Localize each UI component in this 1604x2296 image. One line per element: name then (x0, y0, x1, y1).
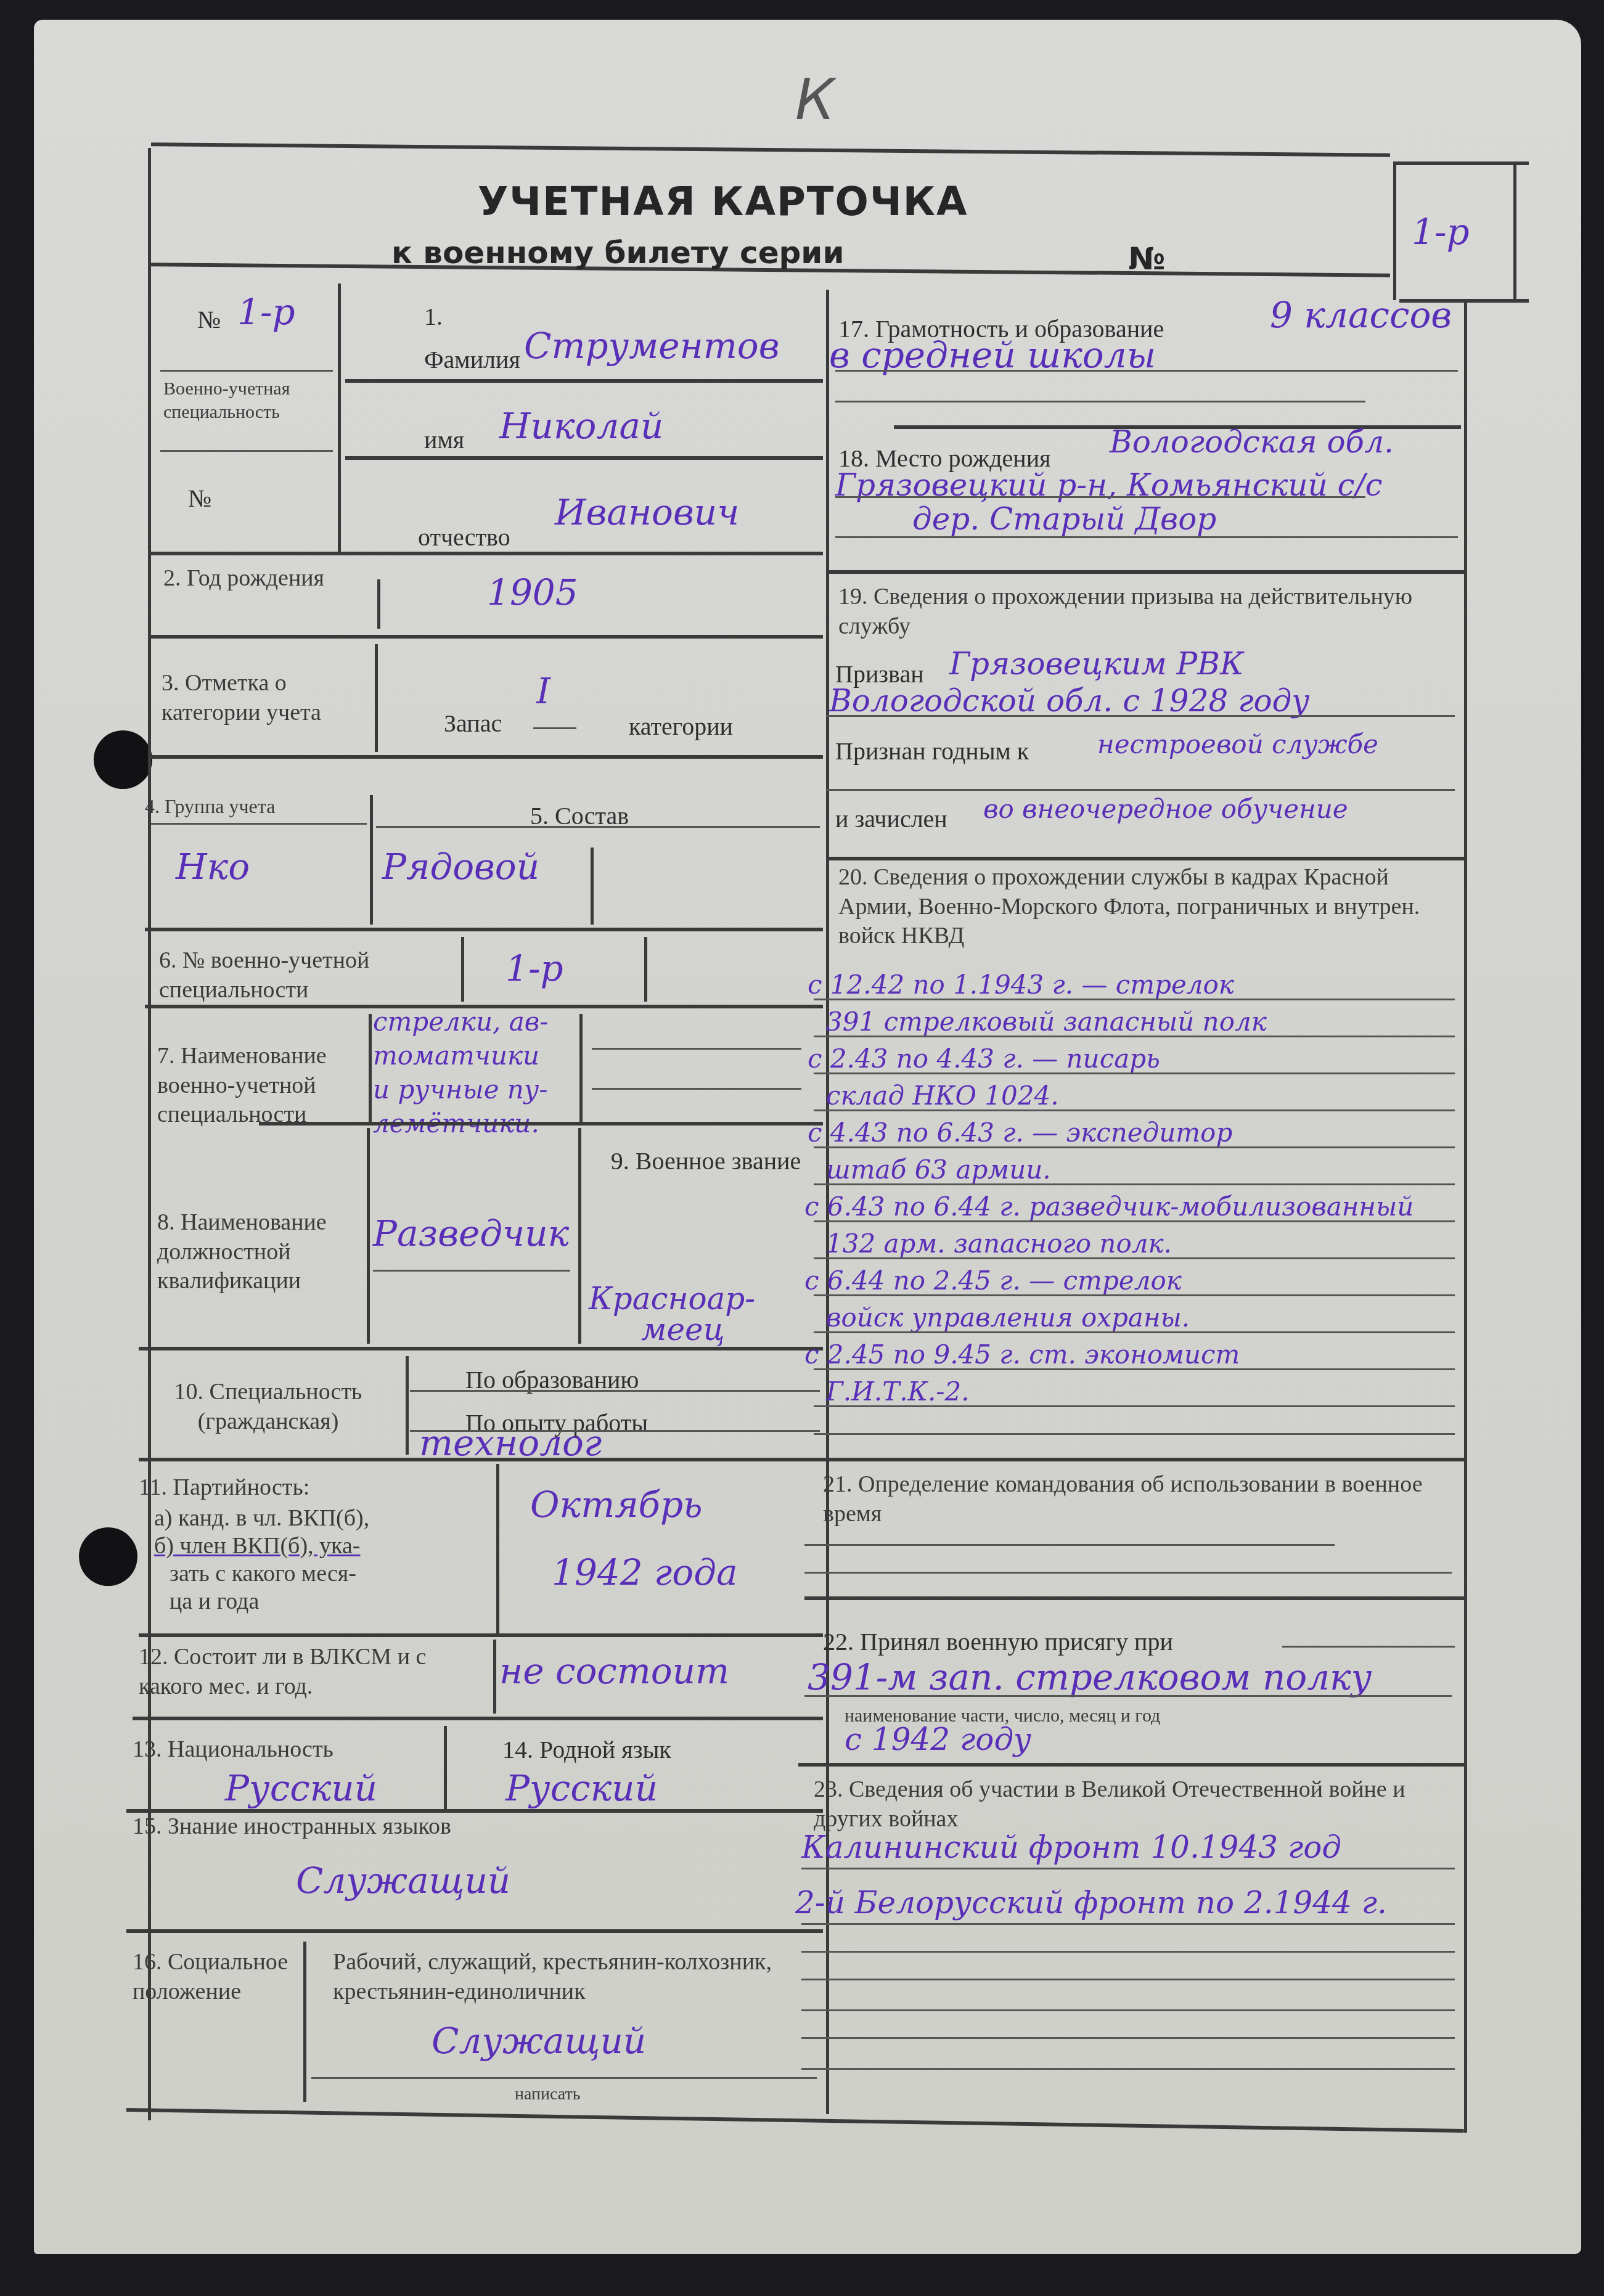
called-line-2: Вологодской обл. с 1928 году (829, 684, 1309, 718)
card-number: 1-р (1412, 213, 1470, 252)
service-line: войск управления охраны. (826, 1304, 1190, 1332)
vus-number-label: 6. № военно-учетной специальности (159, 946, 455, 1005)
party-d: ца и года (170, 1587, 259, 1617)
service-line: с 2.45 по 9.45 г. ст. экономист (804, 1341, 1240, 1369)
native-language-value: Русский (505, 1769, 658, 1808)
service-line: с 6.44 по 2.45 г. — стрелок (804, 1267, 1182, 1295)
birthplace-line-1: Вологодская обл. (1110, 425, 1394, 459)
party-a: а) канд. в чл. ВКП(б), (154, 1504, 369, 1534)
service-line: с 6.43 по 6.44 г. разведчик-мобилизованн… (804, 1193, 1414, 1221)
rank-line-1: Красноар- (589, 1282, 755, 1316)
native-language-label: 14. Родной язык (502, 1735, 671, 1765)
card-title: УЧЕТНАЯ КАРТОЧКА (478, 179, 968, 226)
vus-no-value: 1-р (237, 293, 295, 332)
surname-label: Фамилия (424, 345, 520, 375)
no2-label: № (188, 484, 211, 513)
komsomol-label: 12. Состоит ли в ВЛКСМ и с какого мес. и… (139, 1643, 493, 1701)
card-subtitle: к военному билету серии (391, 234, 844, 271)
group-label: 4. Группа учета (145, 794, 275, 819)
vus-no-label: № (197, 305, 221, 335)
party-label: 11. Партийность: (139, 1473, 309, 1503)
service-line: склад НКО 1024. (826, 1082, 1059, 1110)
education-line-1: 9 классов (1270, 296, 1452, 335)
enrolled-label: и зачислен (835, 804, 947, 834)
category-label: 3. Отметка о категории учета (162, 669, 346, 727)
vus-number-value: 1-р (505, 949, 563, 989)
social-status-value: Служащий (432, 2022, 646, 2061)
name-value: Николай (499, 407, 663, 446)
service-line: с 12.42 по 1.1943 г. — стрелок (808, 971, 1234, 999)
conscription-label: 19. Сведения о прохождении призыва на де… (838, 582, 1455, 641)
party-b: б) член ВКП(б), ука- (154, 1532, 360, 1561)
war-participation-label: 23. Сведения об участии в Великой Отечес… (814, 1775, 1430, 1834)
rank-line-2: меец (641, 1313, 725, 1347)
reserve-prefix: Запас (444, 709, 502, 738)
group-value: Нко (176, 848, 250, 887)
service-label: 20. Сведения о прохождении службы в кадр… (838, 863, 1455, 951)
position-value: Разведчик (373, 1214, 569, 1254)
number-label: № (1128, 240, 1165, 277)
surname-value: Струментов (524, 327, 779, 366)
enrolled-value: во внеочередное обучение (983, 795, 1348, 823)
called-line-1: Грязовецким РВК (949, 647, 1244, 681)
punch-hole-bottom (79, 1527, 137, 1586)
vus-name-line-2: томатчики (373, 1042, 539, 1070)
name-label: имя (424, 425, 464, 455)
composition-value: Рядовой (382, 848, 539, 887)
party-line-1: Октябрь (530, 1485, 703, 1525)
nationality-value: Русский (225, 1769, 377, 1808)
reserve-category-value: I (536, 672, 550, 711)
party-line-2: 1942 года (552, 1553, 738, 1593)
social-status-hint: написать (515, 2083, 581, 2105)
patronymic-value: Иванович (555, 493, 739, 533)
civil-specialty-label: 10. Специальность (гражданская) (139, 1378, 398, 1436)
oath-line-1: 391-м зап. стрелковом полку (808, 1658, 1372, 1697)
service-line: 132 арм. запасного полк. (826, 1230, 1172, 1258)
social-status-options: Рабочий, служащий, крестьянин-колхозник,… (333, 1948, 777, 2006)
item-1-num: 1. (424, 302, 443, 332)
position-label: 8. Наименование должностной квалификации (157, 1208, 361, 1296)
patronymic-label: отчество (418, 523, 510, 552)
reserve-suffix: категории (629, 712, 733, 742)
birthplace-line-3: дер. Старый Двор (912, 502, 1216, 536)
service-line: штаб 63 армии. (826, 1156, 1051, 1184)
service-line: с 2.43 по 4.43 г. — писарь (808, 1045, 1160, 1073)
birth-year-value: 1905 (487, 573, 578, 613)
vus-name-label: 7. Наименование военно-учетной специальн… (157, 1042, 361, 1130)
service-line: 391 стрелковый запасный полк (826, 1008, 1267, 1036)
komsomol-value: не состоит (499, 1652, 729, 1691)
vus-name-line-1: стрелки, ав- (373, 1008, 548, 1036)
oath-label: 22. Принял военную присягу при (823, 1627, 1173, 1657)
foreign-lang-label: 15. Знание иностранных языков (133, 1812, 451, 1842)
birth-year-label: 2. Год рождения (163, 564, 348, 594)
punch-hole-top (94, 730, 152, 789)
party-c: зать с какого меся- (170, 1559, 356, 1589)
corner-mark: К (795, 68, 835, 133)
rank-label: 9. Военное звание (607, 1146, 804, 1176)
war-participation-line-2: 2-й Белорусский фронт по 2.1944 г. (795, 1886, 1387, 1920)
fit-label: Признан годным к (835, 737, 1029, 766)
vus-name-line-3: и ручные пу- (373, 1076, 547, 1104)
nationality-label: 13. Национальность (133, 1735, 333, 1765)
social-status-label: 16. Социальное положение (133, 1948, 293, 2006)
vus-label: Военно-учетная специальность (163, 377, 324, 423)
service-line: Г.И.Т.К.-2. (826, 1378, 970, 1406)
foreign-lang-value: Служащий (296, 1861, 510, 1901)
oath-line-2: с 1942 году (845, 1723, 1031, 1757)
wartime-use-label: 21. Определение командования об использо… (823, 1470, 1439, 1529)
fit-value: нестроевой службе (1097, 730, 1378, 759)
service-line: с 4.43 по 6.43 г. — экспедитор (808, 1119, 1232, 1147)
war-participation-line-1: Калининский фронт 10.1943 год (801, 1831, 1341, 1865)
